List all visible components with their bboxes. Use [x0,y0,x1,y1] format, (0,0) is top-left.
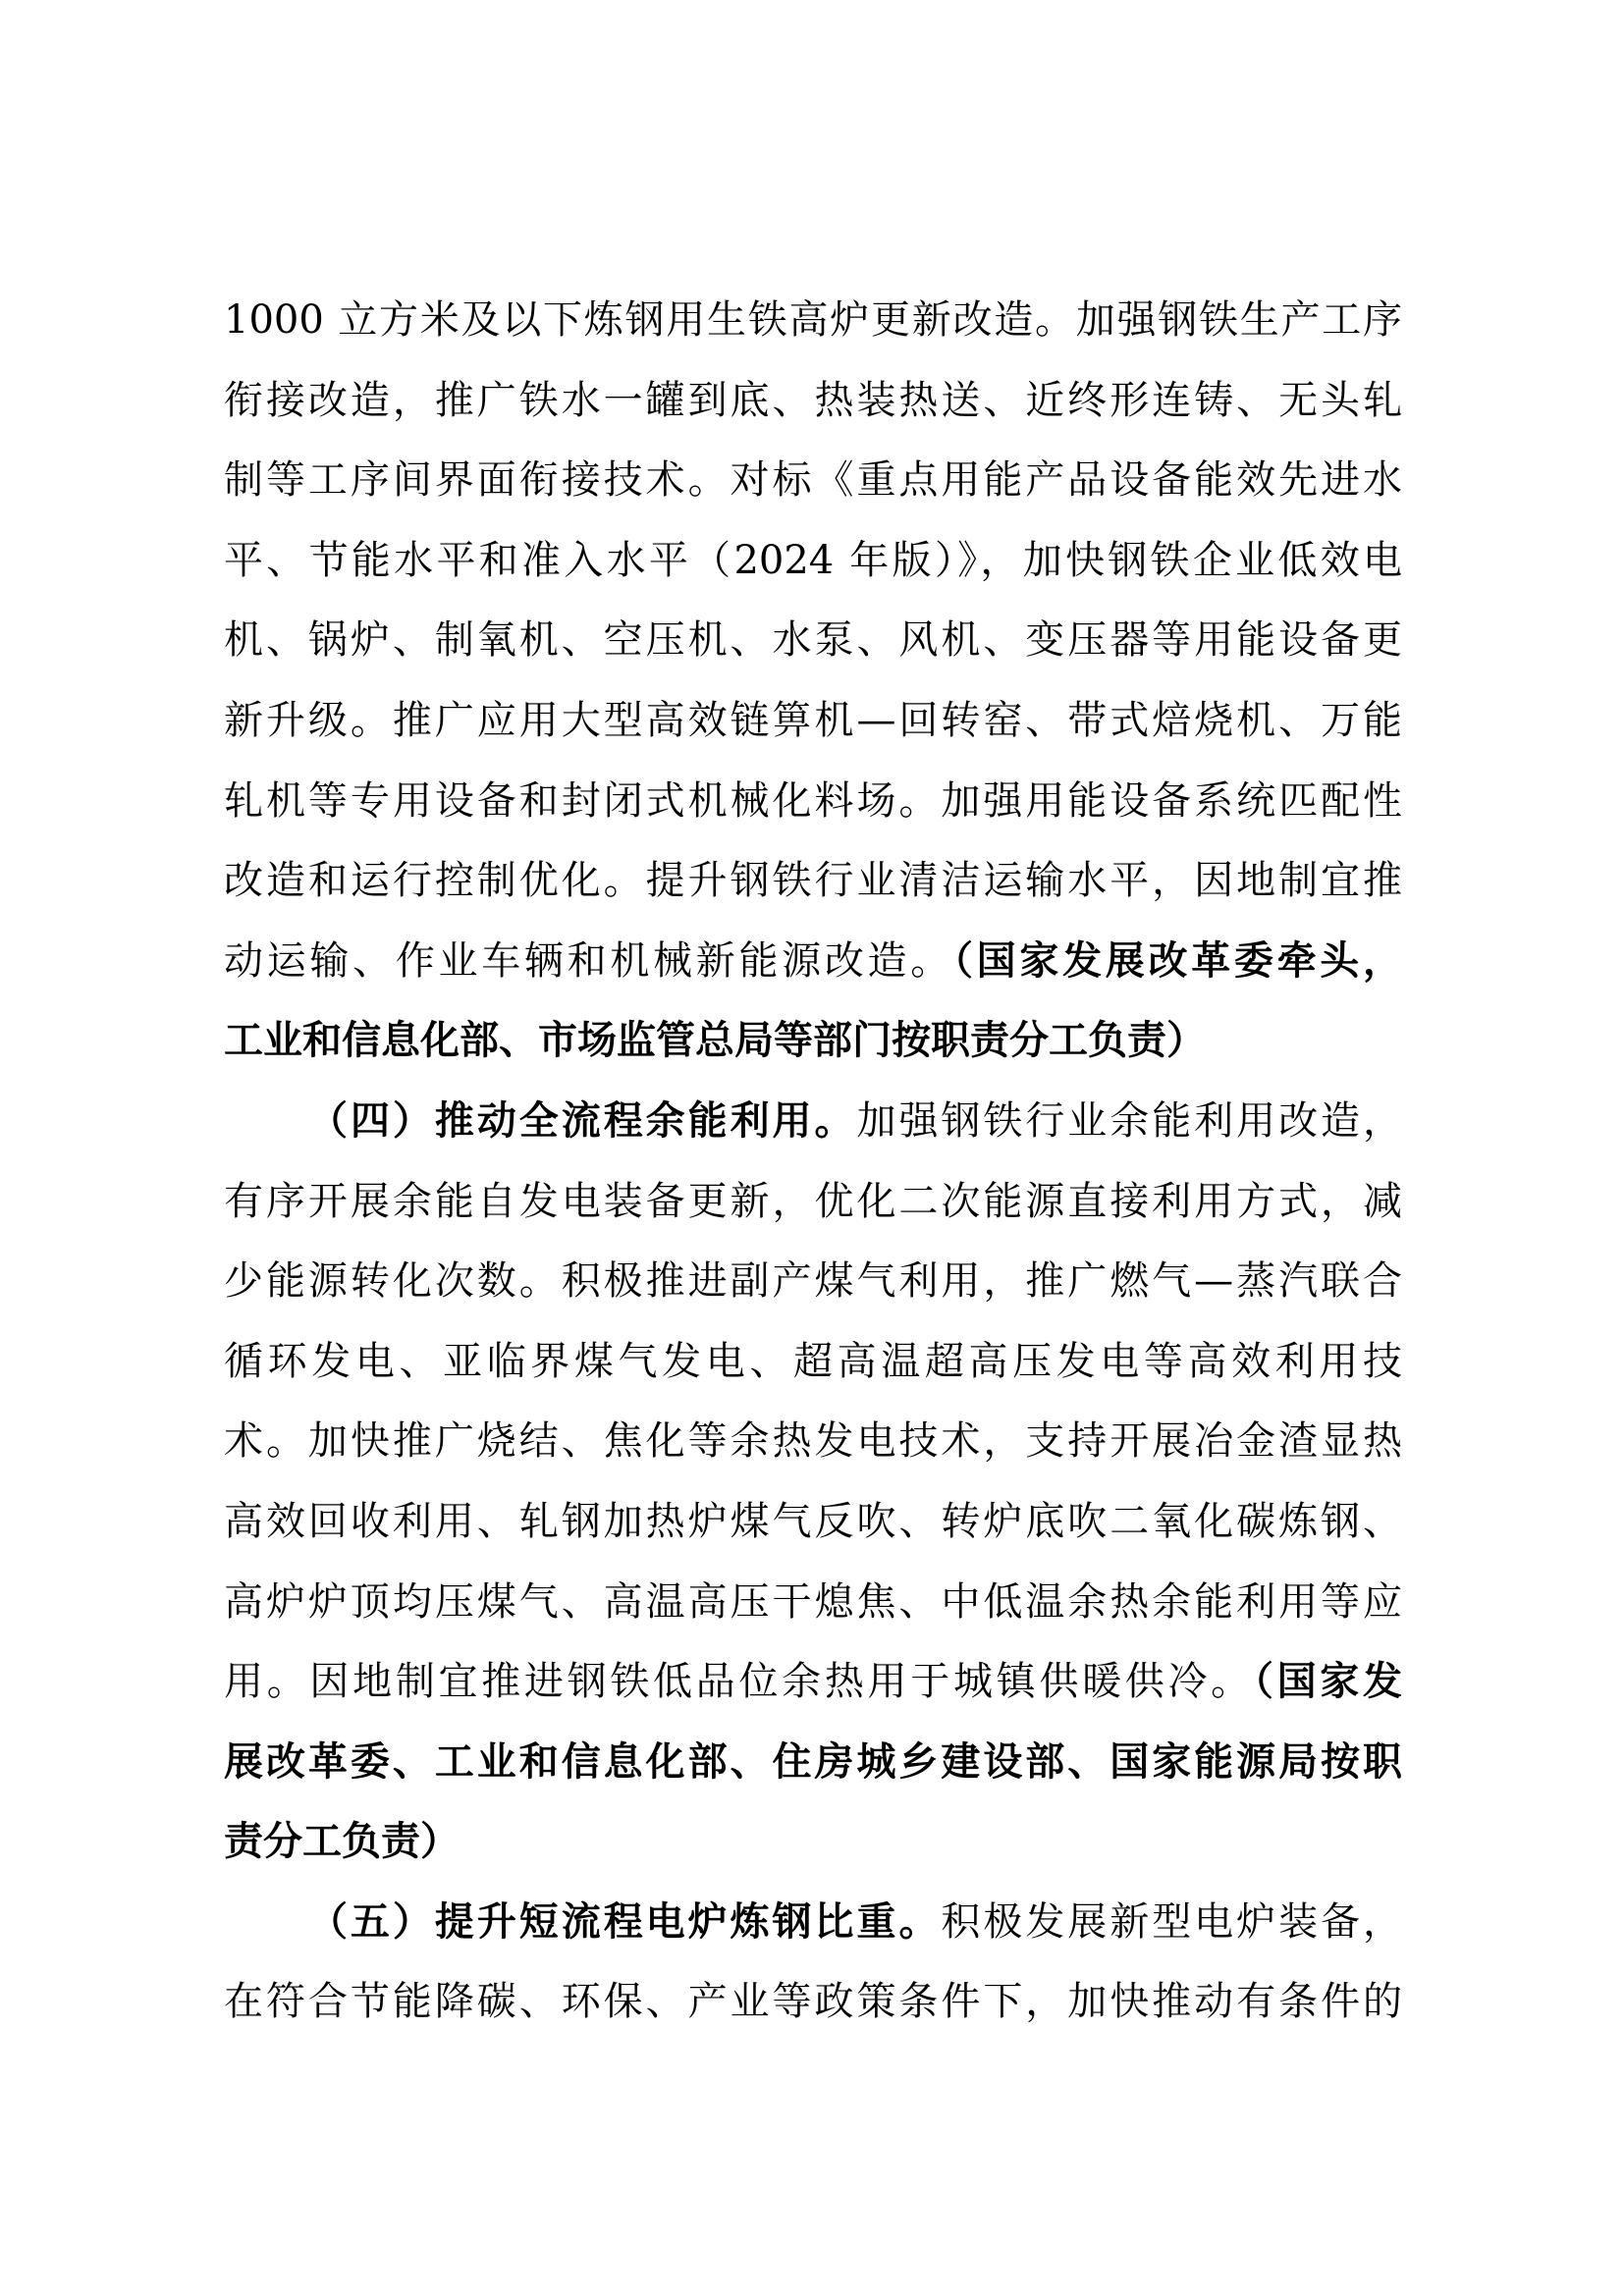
text-run: 在符合节能降碳、环保、产业等政策条件下，加快推动有条件的 [224,1979,1402,2024]
text-run: 衔接改造，推广铁水一罐到底、热装热送、近终形连铸、无头轧 [224,378,1402,423]
text-run: 制等工序间界面衔接技术。对标《重点用能产品设备能效先进水 [224,457,1402,503]
text-run: 少能源转化次数。积极推进副产煤气利用，推广燃气—蒸汽联合 [224,1258,1402,1304]
responsibility-note: （国家发 [1254,1658,1402,1704]
text-line: （五）提升短流程电炉炼钢比重。积极发展新型电炉装备， [224,1893,1402,1973]
section-heading: （五）提升短流程电炉炼钢比重。 [308,1898,941,1945]
paragraph-continued: 1000 立方米及以下炼钢用生铁高炉更新改造。加强钢铁生产工序 衔接改造，推广铁… [224,291,1402,1092]
responsibility-note: （国家发展改革委牵头， [953,937,1402,984]
text-run: 1000 立方米及以下炼钢用生铁高炉更新改造。加强钢铁生产工序 [224,297,1402,343]
text-line: 轧机等专用设备和封闭式机械化料场。加强用能设备系统匹配性 [224,772,1402,852]
text-line: 术。加快推广烧结、焦化等余热发电技术，支持开展冶金渣显热 [224,1412,1402,1492]
text-run: 高炉炉顶均压煤气、高温高压干熄焦、中低温余热余能利用等应 [224,1579,1402,1625]
text-run: 循环发电、亚临界煤气发电、超高温超高压发电等高效利用技 [224,1339,1402,1384]
text-run: 用。因地制宜推进钢铁低品位余热用于城镇供暖供冷。 [224,1659,1254,1704]
text-line: 在符合节能降碳、环保、产业等政策条件下，加快推动有条件的 [224,1972,1402,2053]
text-run: 平、节能水平和准入水平（2024 年版）》，加快钢铁企业低效电 [224,538,1402,583]
section-heading: （四）推动全流程余能利用。 [308,1097,856,1144]
text-line: 改造和运行控制优化。提升钢铁行业清洁运输水平，因地制宜推 [224,851,1402,932]
text-run: 积极发展新型电炉装备， [941,1899,1402,1945]
responsibility-note: 展改革委、工业和信息化部、住房城乡建设部、国家能源局按职 [224,1738,1402,1785]
text-line: （四）推动全流程余能利用。加强钢铁行业余能利用改造， [224,1092,1402,1172]
text-line: 有序开展余能自发电装备更新，优化二次能源直接利用方式，减 [224,1172,1402,1253]
paragraph-section-5: （五）提升短流程电炉炼钢比重。积极发展新型电炉装备， 在符合节能降碳、环保、产业… [224,1893,1402,2053]
text-line: 1000 立方米及以下炼钢用生铁高炉更新改造。加强钢铁生产工序 [224,291,1402,371]
text-line: 高效回收利用、轧钢加热炉煤气反吹、转炉底吹二氧化碳炼钢、 [224,1492,1402,1573]
text-run: 改造和运行控制优化。提升钢铁行业清洁运输水平，因地制宜推 [224,858,1402,903]
text-line: 循环发电、亚临界煤气发电、超高温超高压发电等高效利用技 [224,1332,1402,1413]
text-line: 少能源转化次数。积极推进副产煤气利用，推广燃气—蒸汽联合 [224,1252,1402,1332]
text-run: 高效回收利用、轧钢加热炉煤气反吹、转炉底吹二氧化碳炼钢、 [224,1499,1402,1544]
text-line: 展改革委、工业和信息化部、住房城乡建设部、国家能源局按职 [224,1733,1402,1813]
text-run: 机、锅炉、制氧机、空压机、水泵、风机、变压器等用能设备更 [224,617,1402,663]
text-line: 平、节能水平和准入水平（2024 年版）》，加快钢铁企业低效电 [224,531,1402,612]
text-run: 新升级。推广应用大型高效链箅机—回转窑、带式焙烧机、万能 [224,698,1402,743]
text-run: 动运输、作业车辆和机械新能源改造。 [224,938,953,984]
text-run: 加强钢铁行业余能利用改造， [856,1098,1402,1144]
text-line: 衔接改造，推广铁水一罐到底、热装热送、近终形连铸、无头轧 [224,371,1402,452]
document-page: 1000 立方米及以下炼钢用生铁高炉更新改造。加强钢铁生产工序 衔接改造，推广铁… [0,0,1624,2296]
body-text: 1000 立方米及以下炼钢用生铁高炉更新改造。加强钢铁生产工序 衔接改造，推广铁… [224,291,1402,2053]
text-run: 术。加快推广烧结、焦化等余热发电技术，支持开展冶金渣显热 [224,1418,1402,1464]
text-line: 机、锅炉、制氧机、空压机、水泵、风机、变压器等用能设备更 [224,611,1402,691]
responsibility-note: 责分工负责） [224,1818,460,1864]
paragraph-section-4: （四）推动全流程余能利用。加强钢铁行业余能利用改造， 有序开展余能自发电装备更新… [224,1092,1402,1893]
text-line: 用。因地制宜推进钢铁低品位余热用于城镇供暖供冷。（国家发 [224,1652,1402,1733]
text-line: 新升级。推广应用大型高效链箅机—回转窑、带式焙烧机、万能 [224,691,1402,772]
text-line: 工业和信息化部、市场监管总局等部门按职责分工负责） [224,1011,1402,1092]
responsibility-note: 工业和信息化部、市场监管总局等部门按职责分工负责） [224,1017,1206,1063]
text-line: 责分工负责） [224,1812,1402,1893]
text-line: 制等工序间界面衔接技术。对标《重点用能产品设备能效先进水 [224,451,1402,531]
text-line: 动运输、作业车辆和机械新能源改造。（国家发展改革委牵头， [224,932,1402,1012]
text-line: 高炉炉顶均压煤气、高温高压干熄焦、中低温余热余能利用等应 [224,1573,1402,1653]
text-run: 轧机等专用设备和封闭式机械化料场。加强用能设备系统匹配性 [224,778,1402,824]
text-run: 有序开展余能自发电装备更新，优化二次能源直接利用方式，减 [224,1179,1402,1224]
